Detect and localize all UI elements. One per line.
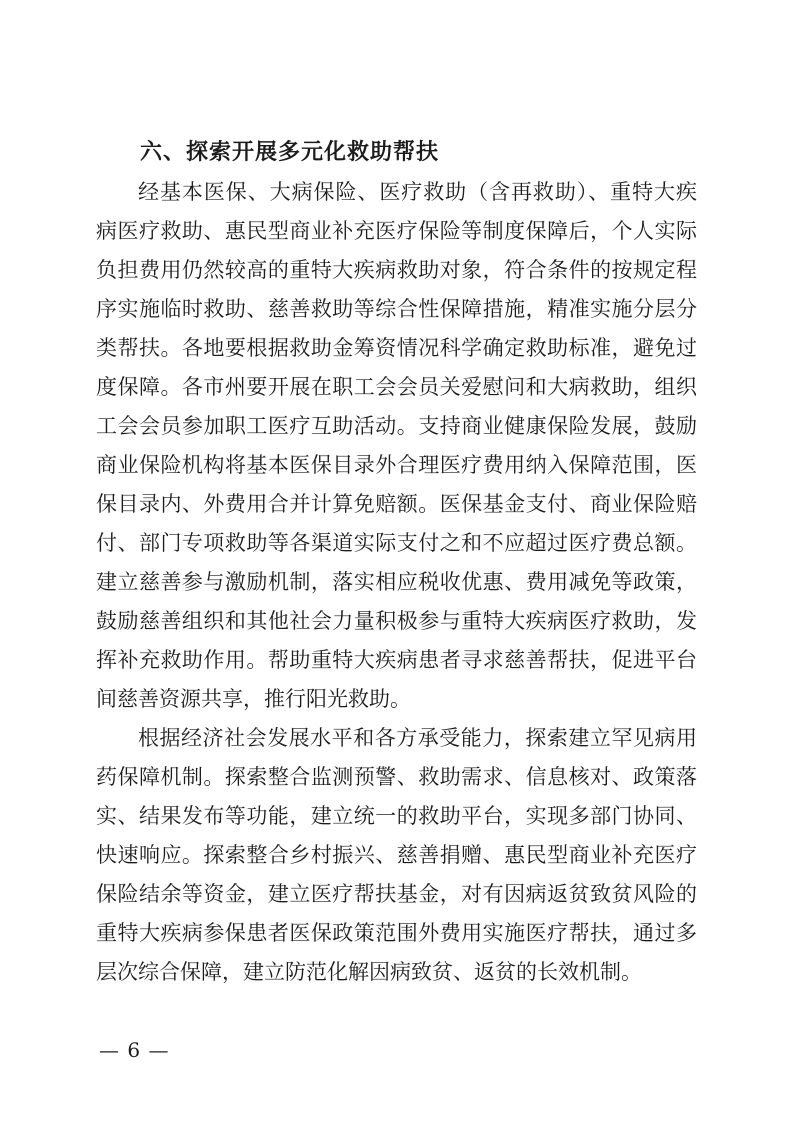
text-line: 商业保险机构将基本医保目录外合理医疗费用纳入保障范围，医 — [96, 446, 697, 485]
paragraph: 经基本医保、大病保险、医疗救助（含再救助）、重特大疾病医疗救助、惠民型商业补充医… — [96, 173, 697, 719]
text-line: 度保障。各市州要开展在职工会会员关爱慰问和大病救助，组织 — [96, 368, 697, 407]
page-number: — 6 — — [99, 1036, 169, 1064]
section-heading: 六、探索开展多元化救助帮扶 — [96, 132, 697, 173]
paragraph: 根据经济社会发展水平和各方承受能力，探索建立罕见病用药保障机制。探索整合监测预警… — [96, 719, 697, 992]
text-line: 根据经济社会发展水平和各方承受能力，探索建立罕见病用 — [96, 719, 697, 758]
text-line: 层次综合保障，建立防范化解因病致贫、返贫的长效机制。 — [96, 953, 697, 992]
text-line: 重特大疾病参保患者医保政策范围外费用实施医疗帮扶，通过多 — [96, 914, 697, 953]
paragraphs-container: 经基本医保、大病保险、医疗救助（含再救助）、重特大疾病医疗救助、惠民型商业补充医… — [96, 173, 697, 992]
document-body: 六、探索开展多元化救助帮扶 经基本医保、大病保险、医疗救助（含再救助）、重特大疾… — [96, 132, 697, 992]
text-line: 序实施临时救助、慈善救助等综合性保障措施，精准实施分层分 — [96, 290, 697, 329]
text-line: 建立慈善参与激励机制，落实相应税收优惠、费用减免等政策， — [96, 563, 697, 602]
text-line: 实、结果发布等功能，建立统一的救助平台，实现多部门协同、 — [96, 797, 697, 836]
text-line: 保险结余等资金，建立医疗帮扶基金，对有因病返贫致贫风险的 — [96, 875, 697, 914]
text-line: 负担费用仍然较高的重特大疾病救助对象，符合条件的按规定程 — [96, 251, 697, 290]
text-line: 间慈善资源共享，推行阳光救助。 — [96, 680, 697, 719]
text-line: 类帮扶。各地要根据救助金筹资情况科学确定救助标准，避免过 — [96, 329, 697, 368]
document-page: 六、探索开展多元化救助帮扶 经基本医保、大病保险、医疗救助（含再救助）、重特大疾… — [0, 0, 793, 1122]
text-line: 工会会员参加职工医疗互助活动。支持商业健康保险发展，鼓励 — [96, 407, 697, 446]
text-line: 付、部门专项救助等各渠道实际支付之和不应超过医疗费总额。 — [96, 524, 697, 563]
text-line: 快速响应。探索整合乡村振兴、慈善捐赠、惠民型商业补充医疗 — [96, 836, 697, 875]
text-line: 挥补充救助作用。帮助重特大疾病患者寻求慈善帮扶，促进平台 — [96, 641, 697, 680]
text-line: 鼓励慈善组织和其他社会力量积极参与重特大疾病医疗救助，发 — [96, 602, 697, 641]
text-line: 经基本医保、大病保险、医疗救助（含再救助）、重特大疾 — [96, 173, 697, 212]
text-line: 病医疗救助、惠民型商业补充医疗保险等制度保障后，个人实际 — [96, 212, 697, 251]
text-line: 药保障机制。探索整合监测预警、救助需求、信息核对、政策落 — [96, 758, 697, 797]
text-line: 保目录内、外费用合并计算免赔额。医保基金支付、商业保险赔 — [96, 485, 697, 524]
